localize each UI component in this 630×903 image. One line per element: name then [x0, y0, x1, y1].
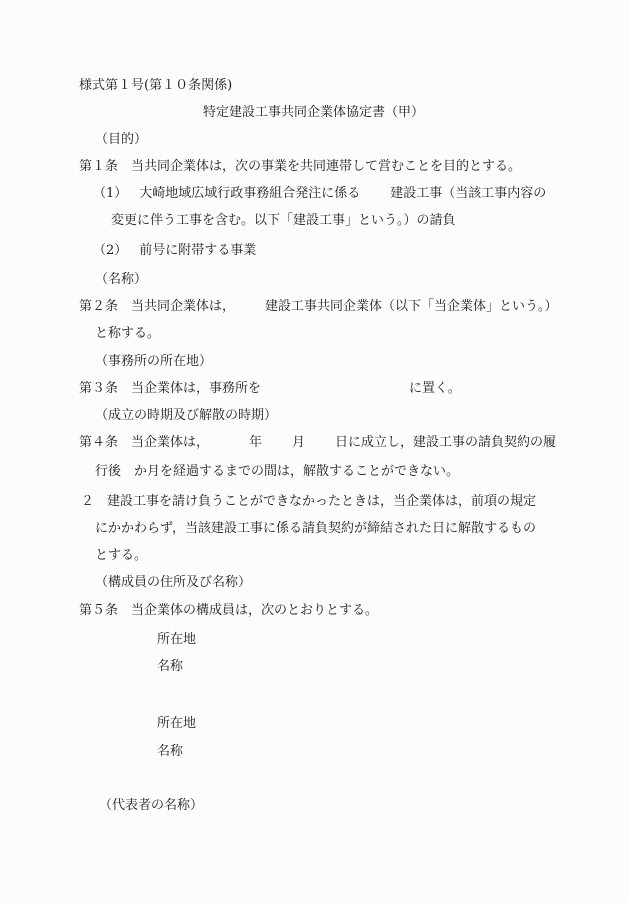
item-2-number: （2）: [93, 243, 127, 258]
article-4-cont: 行後 か月を経過するまでの間は，解散することができない。: [95, 464, 459, 480]
article-4-text-b: 日に成立し，建設工事の請負契約の履: [335, 435, 556, 450]
document-page: 様式第１号(第１０条関係) 特定建設工事共同企業体協定書（甲） （目的） 第１条…: [0, 0, 630, 903]
article-2-cont: と称する。: [95, 326, 160, 342]
article-4-year: 年: [249, 435, 262, 450]
item-1-text-a: 大崎地域広域行政事務組合発注に係る: [139, 186, 360, 201]
heading-representative: （代表者の名称）: [99, 798, 203, 814]
article-2: 第２条 当共同企業体は，建設工事共同企業体（以下「当企業体」という。）: [79, 299, 558, 315]
article-5: 第５条 当企業体の構成員は，次のとおりとする。: [79, 603, 378, 619]
document-title: 特定建設工事共同企業体協定書（甲）: [203, 105, 424, 121]
form-label: 様式第１号(第１０条関係): [79, 78, 232, 94]
article-4-para-2-cont-1: にかかわらず，当該建設工事に係る請負契約が締結された日に解散するもの: [95, 521, 536, 537]
article-4: 第４条 当企業体は，年月日に成立し，建設工事の請負契約の履: [79, 435, 556, 451]
item-2-text: 前号に附帯する事業: [139, 243, 256, 258]
article-4-text-a: 第４条 当企業体は，: [79, 435, 209, 450]
article-4-month: 月: [292, 435, 305, 450]
article-1-item-1: （1）大崎地域広域行政事務組合発注に係る建設工事（当該工事内容の: [93, 186, 546, 202]
heading-members: （構成員の住所及び名称）: [95, 575, 251, 591]
article-4-para-2-cont-2: とする。: [95, 548, 147, 564]
heading-name: （名称）: [95, 272, 147, 288]
member-2-name-label: 名称: [157, 744, 183, 760]
member-1-name-label: 名称: [157, 659, 183, 675]
article-1: 第１条 当共同企業体は，次の事業を共同連帯して営むことを目的とする。: [79, 159, 521, 175]
article-3-text-a: 第３条 当企業体は，事務所を: [79, 381, 261, 396]
article-2-text-b: 建設工事共同企業体（以下「当企業体」という。）: [265, 299, 558, 314]
heading-period: （成立の時期及び解散の時期）: [95, 408, 277, 424]
article-3-text-b: に置く。: [409, 381, 461, 396]
heading-purpose: （目的）: [95, 132, 147, 148]
article-4-para-2: ２ 建設工事を請け負うことができなかったときは，当企業体は，前項の規定: [81, 494, 536, 510]
member-1-address-label: 所在地: [157, 632, 196, 648]
article-1-item-2: （2）前号に附帯する事業: [93, 243, 256, 259]
article-2-text-a: 第２条 当共同企業体は，: [79, 299, 235, 314]
member-2-address-label: 所在地: [157, 716, 196, 732]
article-1-item-1-cont: 変更に伴う工事を含む。以下「建設工事」という。）の請負: [111, 213, 456, 229]
item-1-text-b: 建設工事（当該工事内容の: [390, 186, 546, 201]
item-1-number: （1）: [93, 186, 127, 201]
article-3: 第３条 当企業体は，事務所をに置く。: [79, 381, 461, 397]
heading-office: （事務所の所在地）: [95, 354, 212, 370]
